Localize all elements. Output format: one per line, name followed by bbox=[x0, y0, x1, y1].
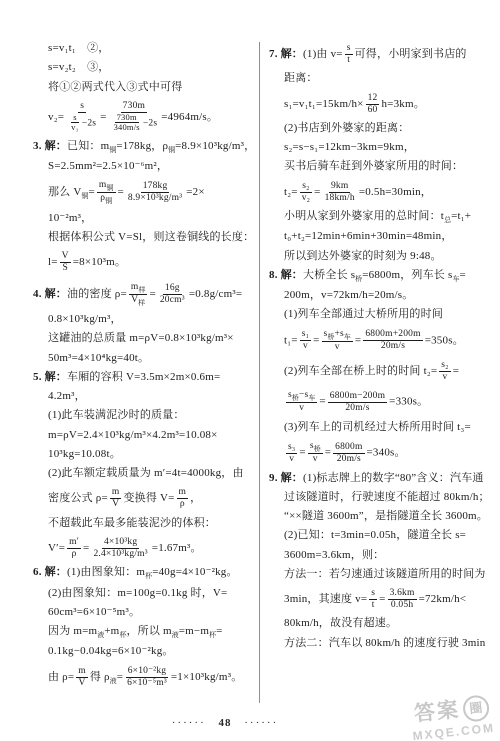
fraction-numerator: s₃ bbox=[286, 442, 297, 454]
fraction: sv₁ bbox=[69, 113, 81, 134]
text-run: = bbox=[118, 186, 124, 198]
text-run: s₃ bbox=[288, 442, 295, 452]
text-run: =0.8g/cm³= bbox=[189, 288, 242, 300]
solution-line: s=v₁t₁ ②， bbox=[33, 42, 255, 56]
text-run: s bbox=[347, 43, 351, 53]
subscript: 车 bbox=[344, 333, 351, 341]
fraction-numerator: s₂ bbox=[439, 360, 450, 372]
text-run: 方法一：若匀速通过该隧道所用的时间为 bbox=[284, 568, 486, 580]
solution-line: 距离： bbox=[269, 72, 490, 86]
fraction-numerator: 9km bbox=[329, 181, 351, 193]
solution-line: V′=m′ρ=4×10³kg2.4×10³kg/m³=1.67m³。 bbox=[33, 536, 255, 561]
fraction-denominator: 6×10⁻⁵m³ bbox=[125, 678, 169, 689]
footer-dots-left: ······ bbox=[172, 717, 206, 729]
fraction-numerator: 6800m+200m bbox=[363, 329, 422, 341]
text-run: = bbox=[149, 288, 155, 300]
text-run: = bbox=[299, 447, 305, 459]
fraction: mV bbox=[76, 666, 88, 689]
solution-label: 6. 解： bbox=[33, 566, 67, 578]
text-run: v bbox=[313, 454, 318, 464]
text-run: V bbox=[79, 678, 86, 688]
text-run: (3)列车上的司机经过大桥所用时间 t₃= bbox=[284, 421, 471, 433]
fraction-numerator: 4×10³kg bbox=[102, 537, 139, 549]
text-run: s bbox=[371, 588, 375, 598]
fraction-numerator: V bbox=[60, 251, 71, 263]
solution-line: 小明从家到外婆家用的总时间：t总=t₁+ bbox=[269, 210, 490, 225]
fraction: s桥+s车v bbox=[322, 329, 353, 353]
solution-line: 买书后骑车赶到外婆家所用的时间： bbox=[269, 160, 490, 174]
text-run: (2)列车全部在桥上时的时间 t₂= bbox=[284, 365, 437, 377]
text-run: 16g bbox=[165, 283, 180, 293]
solution-line: 5. 解：车厢的容积 V=3.5m×2m×0.6m= bbox=[33, 371, 255, 385]
text-run: 不超载此车最多能装泥沙的体积： bbox=[48, 517, 216, 529]
solution-label: 5. 解： bbox=[33, 371, 67, 383]
text-run: s bbox=[73, 112, 77, 122]
fraction: 178kg8.9×10³kg/m³ bbox=[126, 181, 184, 204]
fraction-numerator: s桥+s车 bbox=[322, 329, 353, 342]
text-run: = bbox=[89, 186, 95, 198]
text-run: = bbox=[355, 334, 361, 346]
text-run: 730m bbox=[117, 112, 137, 122]
solution-line: (1)此车装满泥沙时的质量： bbox=[33, 409, 255, 423]
text-run: v bbox=[299, 403, 304, 413]
text-run: =1.67m³。 bbox=[152, 542, 202, 554]
fraction: ssv₁−2s bbox=[66, 101, 98, 133]
fraction-numerator: 6800m−200m bbox=[328, 391, 387, 403]
text-run: 80km/h，故没有超速。 bbox=[284, 617, 397, 629]
fraction: m′ρ bbox=[67, 537, 81, 560]
text-run: 200m，v=72km/h=20m/s。 bbox=[284, 289, 413, 301]
text-run: 6800m−200m bbox=[330, 391, 385, 401]
fraction-denominator: 0.05h bbox=[389, 600, 415, 611]
text-run: v₂= bbox=[48, 111, 64, 123]
solution-line: 3min，其速度 v=st=3.6km0.05h=72km/h< bbox=[269, 587, 490, 612]
text-run: 50m³=4×10⁴kg=40t。 bbox=[48, 352, 149, 364]
text-run: 2.4×10³kg/m³ bbox=[93, 549, 147, 559]
watermark-brand-text: 答案 bbox=[413, 700, 461, 727]
solution-line: 10³kg=10.08t。 bbox=[33, 448, 255, 462]
solution-line: 3. 解：已知：m铜=178kg，ρ铜=8.9×10³kg/m³， bbox=[33, 140, 255, 155]
solution-line: (2)书店到外婆家的距离： bbox=[269, 122, 490, 136]
fraction-denominator: t bbox=[370, 600, 377, 611]
fraction: 4×10³kg2.4×10³kg/m³ bbox=[91, 537, 149, 560]
fraction: s桥v bbox=[308, 441, 323, 465]
fraction: m样V样 bbox=[129, 282, 148, 307]
text-run: 可得，小明家到书店的 bbox=[355, 48, 467, 60]
fraction: 6800m+200m20m/s bbox=[363, 329, 422, 352]
fraction: 1260 bbox=[366, 93, 380, 116]
text-run: −2s bbox=[143, 118, 157, 128]
fraction-denominator: 730m340m/s−2s bbox=[109, 113, 160, 134]
text-run: 0.8×10³kg/m³， bbox=[48, 313, 122, 325]
fraction: 3.6km0.05h bbox=[388, 588, 417, 611]
text-run: 买书后骑车赶到外婆家所用的时间： bbox=[284, 160, 463, 172]
text-run: l= bbox=[48, 256, 58, 268]
solution-line: s=v₂t₂ ③， bbox=[33, 61, 255, 75]
text-run: =72km/h< bbox=[419, 593, 467, 605]
text-run: 距离： bbox=[284, 72, 318, 84]
text-run: v₂ bbox=[302, 193, 310, 203]
fraction-denominator: v bbox=[441, 372, 450, 383]
answer-page: s=v₁t₁ ②，s=v₂t₂ ③，将①②两式代入③式中可得v₂=ssv₁−2s… bbox=[0, 0, 500, 741]
text-run: V bbox=[62, 251, 69, 261]
text-run: =40g=4×10⁻²kg。 bbox=[152, 566, 238, 578]
fraction-numerator: m铜 bbox=[97, 180, 116, 193]
text-run: −s bbox=[299, 390, 308, 400]
text-run: s=v₂t₂ ③， bbox=[48, 61, 110, 73]
text-run: m bbox=[99, 180, 107, 190]
text-run: V bbox=[112, 499, 119, 509]
page-number: 48 bbox=[219, 717, 232, 729]
fraction-denominator: t bbox=[345, 55, 352, 66]
text-run: 已知：m bbox=[67, 140, 109, 152]
fraction-denominator: 60 bbox=[366, 105, 380, 116]
text-run: =8×10³m。 bbox=[73, 256, 126, 268]
text-run: t₀+t₂=12min+6min+30min=48min， bbox=[284, 230, 453, 242]
fraction-numerator: s桥 bbox=[308, 441, 323, 454]
text-run: 0.05h bbox=[391, 600, 413, 610]
text-run: 60 bbox=[368, 105, 378, 115]
fraction-denominator: ρ bbox=[70, 549, 79, 560]
solution-line: 将①②两式代入③式中可得 bbox=[33, 81, 255, 95]
fraction-numerator: s bbox=[345, 43, 353, 55]
text-run: 3min，其速度 v= bbox=[284, 593, 367, 605]
text-run: 6×10⁻²kg bbox=[128, 666, 167, 676]
text-run: = bbox=[216, 625, 222, 637]
subscript: 液 bbox=[110, 677, 117, 685]
subscript: 车 bbox=[308, 394, 315, 402]
fraction-denominator: 2.4×10³kg/m³ bbox=[91, 549, 149, 560]
solution-line: 根据体积公式 V=Sl，则这卷铜线的长度： bbox=[33, 231, 255, 245]
text-run: s₁=v₁t₁=15km/h× bbox=[284, 98, 364, 110]
watermark-badge-icon: 圈 bbox=[462, 695, 491, 724]
subscript: 铜 bbox=[107, 184, 114, 192]
fraction-numerator: 6×10⁻²kg bbox=[126, 666, 169, 678]
text-run: s=v₁t₁ ②， bbox=[48, 42, 110, 54]
solution-label: 9. 解： bbox=[269, 472, 303, 484]
fraction-numerator: 12 bbox=[366, 93, 380, 105]
solution-line: 因为 m=m液+m杯，所以 m液=m−m杯= bbox=[33, 625, 255, 640]
solution-line: 3600m=3.6km，则： bbox=[269, 549, 490, 563]
fraction: s₁v bbox=[300, 329, 311, 352]
watermark: 答案 圈 MXQE.COM bbox=[409, 694, 495, 741]
text-run: 因为 m=m bbox=[48, 625, 97, 637]
solution-line: 0.8×10³kg/m³， bbox=[33, 313, 255, 327]
text-run: t bbox=[347, 55, 350, 65]
subscript: 液 bbox=[172, 631, 179, 639]
fraction-numerator: 16g bbox=[163, 283, 182, 295]
fraction: 730m730m340m/s−2s bbox=[109, 101, 160, 133]
text-run: 所以到达外婆家的时刻为 9:48。 bbox=[284, 250, 442, 262]
text-run: s bbox=[80, 101, 84, 111]
solution-line: s₂=s−s₁=12km−3km=9km， bbox=[269, 141, 490, 155]
text-run: ，所以 m bbox=[126, 625, 171, 637]
text-run: 得 ρ bbox=[90, 671, 110, 683]
fraction-denominator: 18km/h bbox=[323, 193, 357, 204]
solution-line: 方法一：若匀速通过该隧道所用的时间为 bbox=[269, 568, 490, 582]
text-run: t₁= bbox=[284, 334, 298, 346]
text-run: 4.2m³， bbox=[48, 390, 86, 402]
fraction-denominator: 20m/s bbox=[335, 454, 363, 465]
text-run: ρ bbox=[180, 499, 185, 509]
fraction-denominator: 20cm³ bbox=[158, 295, 187, 306]
fraction-denominator: v₂ bbox=[300, 193, 312, 204]
solution-line: (2)列车全部在桥上时的时间 t₂=s₂v= bbox=[269, 359, 490, 384]
solution-line: s桥−s车v=6800m−200m20m/s=330s。 bbox=[269, 389, 490, 415]
text-run: (1)标志牌上的数字“80”含义：汽车通 bbox=[303, 472, 484, 484]
text-run: (1)由图象知：m bbox=[67, 566, 145, 578]
fraction-numerator: 178kg bbox=[141, 181, 170, 193]
text-run: (1)由 v= bbox=[303, 48, 343, 60]
fraction-denominator: sv₁−2s bbox=[66, 113, 98, 134]
fraction-numerator: 3.6km bbox=[388, 588, 417, 600]
text-run: =2× bbox=[186, 186, 205, 198]
solution-line: 60cm³=6×10⁻⁵m³。 bbox=[33, 606, 255, 620]
text-run: 12 bbox=[368, 93, 378, 103]
fraction-denominator: v bbox=[311, 454, 320, 465]
text-run: = bbox=[379, 593, 385, 605]
solution-line: 200m，v=72km/h=20m/s。 bbox=[269, 289, 490, 303]
fraction-denominator: v bbox=[297, 403, 306, 414]
fraction-denominator: 340m/s bbox=[112, 123, 142, 133]
fraction-numerator: m bbox=[76, 666, 88, 678]
fraction-numerator: s bbox=[78, 101, 86, 113]
text-run: 10³kg=10.08t。 bbox=[48, 448, 121, 460]
text-run: =340s。 bbox=[367, 447, 406, 459]
text-run: s₁ bbox=[302, 329, 309, 339]
fraction: s₃v bbox=[286, 442, 297, 465]
text-run: =6800m，列车长 s bbox=[362, 269, 452, 281]
fraction: mV bbox=[110, 487, 122, 510]
solution-line: 所以到达外婆家的时刻为 9:48。 bbox=[269, 250, 490, 264]
fraction: VS bbox=[60, 251, 71, 274]
subscript: 总 bbox=[444, 216, 451, 224]
text-run: s₂ bbox=[441, 360, 448, 370]
text-run: +s bbox=[334, 329, 343, 339]
text-run: 变换得 V= bbox=[123, 492, 174, 504]
solution-line: (1)列车全部通过大桥所用的时间 bbox=[269, 308, 490, 322]
text-run: =0.5h=30min， bbox=[359, 186, 432, 198]
text-run: 车厢的容积 V=3.5m×2m×0.6m= bbox=[67, 371, 220, 383]
text-run: 9km bbox=[331, 181, 349, 191]
solution-line: 50m³=4×10⁴kg=40t。 bbox=[33, 352, 255, 366]
text-run: 那么 V bbox=[48, 186, 82, 198]
text-run: t bbox=[372, 600, 375, 610]
solution-line: 密度公式 ρ=mV变换得 V=mρ， bbox=[33, 486, 255, 511]
fraction: st bbox=[345, 43, 353, 66]
fraction-denominator: V bbox=[77, 678, 88, 689]
fraction-numerator: m′ bbox=[67, 537, 81, 549]
subscript: 桥 bbox=[314, 445, 321, 453]
text-run: = bbox=[313, 334, 319, 346]
text-run: 20cm³ bbox=[160, 295, 185, 305]
text-run: = bbox=[453, 365, 459, 377]
fraction: 6800m−200m20m/s bbox=[328, 391, 387, 414]
text-run: (1)此车装满泥沙时的质量： bbox=[48, 409, 185, 421]
fraction-numerator: m bbox=[110, 487, 122, 499]
solution-line: 4.2m³， bbox=[33, 390, 255, 404]
text-run: 6800m bbox=[335, 442, 362, 452]
text-run: v bbox=[289, 454, 294, 464]
text-run: 0.1kg−0.04kg=6×10⁻²kg。 bbox=[48, 645, 174, 657]
fraction: mρ bbox=[177, 487, 189, 510]
solution-line: S=2.5mm²=2.5×10⁻⁶m²， bbox=[33, 160, 255, 174]
text-run: v bbox=[303, 341, 308, 351]
text-run: 根据体积公式 V=Sl，则这卷铜线的长度： bbox=[48, 231, 254, 243]
solution-line: 10⁻²m³， bbox=[33, 212, 255, 226]
fraction: s₂v₂ bbox=[300, 181, 312, 204]
solution-line: 0.1kg−0.04kg=6×10⁻²kg。 bbox=[33, 645, 255, 659]
text-run: ， bbox=[190, 492, 201, 504]
text-run: =178kg，ρ bbox=[116, 140, 168, 152]
fraction-numerator: m样 bbox=[129, 282, 148, 295]
text-run: t₂= bbox=[284, 186, 298, 198]
fraction-denominator: 20m/s bbox=[343, 403, 371, 414]
subscript: 铜 bbox=[105, 197, 112, 205]
text-run: (1)列车全部通过大桥所用的时间 bbox=[284, 308, 443, 320]
subscript: 铜 bbox=[82, 192, 89, 200]
solution-line: t₀+t₂=12min+6min+30min=48min， bbox=[269, 230, 490, 244]
fraction-denominator: v₁ bbox=[69, 123, 81, 133]
solution-label: 7. 解： bbox=[269, 48, 303, 60]
solution-line: (2)由图象知：m=100g=0.1kg 时，V= bbox=[33, 587, 255, 601]
text-run: 730m bbox=[123, 101, 145, 111]
text-run: s₂ bbox=[302, 181, 309, 191]
text-run: v₁ bbox=[71, 122, 79, 132]
text-run: m bbox=[78, 666, 86, 676]
fraction-denominator: v bbox=[287, 454, 296, 465]
text-run: v bbox=[335, 342, 340, 352]
fraction-numerator: s₂ bbox=[300, 181, 311, 193]
text-run: 方法二：汽车以 80km/h 的速度行驶 3min bbox=[284, 637, 485, 649]
footer-dots-right: ······ bbox=[244, 717, 278, 729]
fraction: 6×10⁻²kg6×10⁻⁵m³ bbox=[125, 666, 169, 689]
fraction-denominator: V样 bbox=[129, 295, 147, 307]
text-run: m bbox=[179, 487, 187, 497]
text-run: = bbox=[325, 447, 331, 459]
text-run: S=2.5mm²=2.5×10⁻⁶m²， bbox=[48, 160, 168, 172]
page-content: s=v₁t₁ ②，s=v₂t₂ ③，将①②两式代入③式中可得v₂=ssv₁−2s… bbox=[33, 42, 490, 703]
solution-line: 7. 解：(1)由 v=st可得，小明家到书店的 bbox=[269, 42, 490, 67]
text-run: 6×10⁻⁵m³ bbox=[127, 678, 167, 688]
fraction-denominator: 20m/s bbox=[379, 341, 407, 352]
text-run: 18km/h bbox=[325, 193, 355, 203]
text-run: =350s。 bbox=[425, 334, 464, 346]
text-run: 10⁻²m³， bbox=[48, 212, 92, 224]
text-run: 油的密度 ρ= bbox=[67, 288, 127, 300]
text-run: 由 ρ= bbox=[48, 671, 74, 683]
text-run: =1×10³kg/m³。 bbox=[171, 671, 243, 683]
solution-line: 由 ρ=mV得 ρ液=6×10⁻²kg6×10⁻⁵m³=1×10³kg/m³。 bbox=[33, 665, 255, 690]
solution-line: s₃v=s桥v=6800m20m/s=340s。 bbox=[269, 440, 490, 466]
text-run: 过该隧道时，行驶速度不能超过 80km/h； bbox=[284, 491, 490, 503]
fraction-denominator: S bbox=[60, 263, 69, 274]
text-run: =330s。 bbox=[389, 396, 428, 408]
text-run: +m bbox=[104, 625, 119, 637]
text-run: 60cm³=6×10⁻⁵m³。 bbox=[48, 606, 140, 618]
text-run: “××隧道 3600m”，是指隧道全长 3600m。 bbox=[284, 510, 488, 522]
text-run: 密度公式 ρ= bbox=[48, 492, 108, 504]
page-footer: ······ 48 ······ bbox=[0, 717, 450, 729]
fraction-numerator: m bbox=[177, 487, 189, 499]
fraction: 6800m20m/s bbox=[333, 442, 364, 465]
fraction: s桥−s车v bbox=[286, 390, 317, 414]
solution-line: 那么 V铜=m铜ρ铜=178kg8.9×10³kg/m³=2× bbox=[33, 179, 255, 206]
fraction-denominator: 8.9×10³kg/m³ bbox=[126, 193, 184, 204]
text-run: (2)书店到外婆家的距离： bbox=[284, 122, 409, 134]
solution-line: t₁=s₁v=s桥+s车v=6800m+200m20m/s=350s。 bbox=[269, 328, 490, 354]
solution-line: 过该隧道时，行驶速度不能超过 80km/h； bbox=[269, 491, 490, 505]
fraction-numerator: s桥−s车 bbox=[286, 390, 317, 403]
fraction-denominator: ρ bbox=[178, 499, 187, 510]
left-column: s=v₁t₁ ②，s=v₂t₂ ③，将①②两式代入③式中可得v₂=ssv₁−2s… bbox=[33, 42, 259, 703]
solution-line: (2)此车额定载质量为 m′=4t=4000kg，由 bbox=[33, 467, 255, 481]
text-run: = bbox=[117, 671, 123, 683]
text-run: h=3km。 bbox=[381, 98, 424, 110]
text-run: = bbox=[319, 396, 325, 408]
text-run: 8.9×10³kg/m³ bbox=[128, 193, 182, 203]
right-column: 7. 解：(1)由 v=st可得，小明家到书店的距离：s₁=v₁t₁=15km/… bbox=[259, 42, 490, 703]
text-run: (2)已知：t=3min=0.05h，隧道全长 s= bbox=[284, 529, 466, 541]
text-run: 这罐油的总质量 m=ρV=0.8×10³kg/m³× bbox=[48, 332, 234, 344]
fraction: st bbox=[369, 588, 377, 611]
text-run: −2s bbox=[82, 118, 96, 128]
fraction: s₂v bbox=[439, 360, 450, 383]
text-run: = bbox=[459, 269, 465, 281]
fraction-numerator: s bbox=[369, 588, 377, 600]
text-run: V′= bbox=[48, 542, 65, 554]
fraction-denominator: v bbox=[301, 341, 310, 352]
fraction-denominator: ρ铜 bbox=[98, 193, 114, 205]
text-run: S bbox=[62, 263, 67, 273]
solution-label: 3. 解： bbox=[33, 140, 67, 152]
text-run: 3600m=3.6km，则： bbox=[284, 549, 384, 561]
text-run: 20m/s bbox=[337, 454, 361, 464]
text-run: m′ bbox=[69, 537, 79, 547]
text-run: 20m/s bbox=[345, 403, 369, 413]
solution-line: 这罐油的总质量 m=ρV=0.8×10³kg/m³× bbox=[33, 332, 255, 346]
text-run: =t₁+ bbox=[451, 210, 471, 222]
text-run: v bbox=[443, 372, 448, 382]
solution-line: 9. 解：(1)标志牌上的数字“80”含义：汽车通 bbox=[269, 472, 490, 486]
subscript: 样 bbox=[138, 286, 145, 294]
fraction: 16g20cm³ bbox=[158, 283, 187, 306]
text-run: s₂=s−s₁=12km−3km=9km， bbox=[284, 141, 415, 153]
text-run: =m−m bbox=[179, 625, 209, 637]
text-run: 340m/s bbox=[114, 122, 140, 132]
subscript: 桥 bbox=[292, 394, 299, 402]
solution-line: 4. 解：油的密度 ρ=m样V样=16g20cm³=0.8g/cm³= bbox=[33, 281, 255, 308]
solution-line: (3)列车上的司机经过大桥所用时间 t₃= bbox=[269, 421, 490, 435]
text-run: = bbox=[83, 542, 89, 554]
text-run: = bbox=[100, 111, 106, 123]
solution-line: “××隧道 3600m”，是指隧道全长 3600m。 bbox=[269, 510, 490, 524]
fraction: 9km18km/h bbox=[323, 181, 357, 204]
text-run: 4×10³kg bbox=[104, 537, 137, 547]
solution-line: (2)已知：t=3min=0.05h，隧道全长 s= bbox=[269, 529, 490, 543]
text-run: =4964m/s。 bbox=[161, 111, 218, 123]
text-run: 178kg bbox=[143, 181, 168, 191]
text-run: ρ bbox=[72, 549, 77, 559]
subscript: 样 bbox=[138, 299, 145, 307]
text-run: (2)此车额定载质量为 m′=4t=4000kg，由 bbox=[48, 467, 244, 479]
solution-line: 6. 解：(1)由图象知：m杯=40g=4×10⁻²kg。 bbox=[33, 566, 255, 581]
fraction-numerator: 6800m bbox=[333, 442, 364, 454]
text-run: 3.6km bbox=[390, 588, 415, 598]
solution-line: t₂=s₂v₂=9km18km/h=0.5h=30min， bbox=[269, 180, 490, 205]
text-run: (2)由图象知：m=100g=0.1kg 时，V= bbox=[48, 587, 227, 599]
fraction-denominator: V bbox=[110, 499, 121, 510]
